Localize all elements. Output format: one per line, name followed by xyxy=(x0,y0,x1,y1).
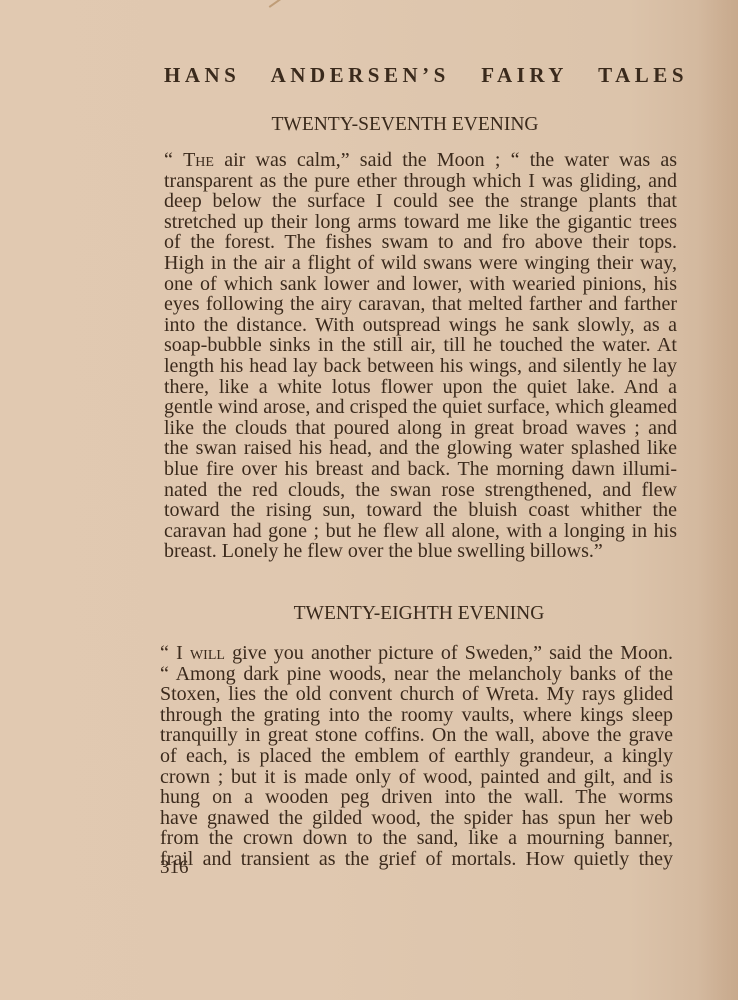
text-line: have gnawed the gilded wood, the spider … xyxy=(160,808,673,829)
text-line: eyes following the airy caravan, that me… xyxy=(164,294,677,315)
section-title-28: TWENTY-EIGHTH EVENING xyxy=(50,601,738,627)
paragraph-twenty-seventh-evening: “ The air was calm,” said the Moon ; “ t… xyxy=(164,150,677,562)
pencil-mark xyxy=(269,0,282,8)
opening-quote: “ I xyxy=(160,642,190,664)
text-line: breast. Lonely he flew over the blue swe… xyxy=(164,541,677,562)
text-line: frail and transient as the grief of mort… xyxy=(160,849,673,870)
book-page: HANS ANDERSEN’S FAIRY TALES TWENTY-SEVEN… xyxy=(0,0,738,1000)
text-line: “ Among dark pine woods, near the melanc… xyxy=(160,664,673,685)
text-line: blue fire over his breast and back. The … xyxy=(164,459,677,480)
text-line: deep below the surface I could see the s… xyxy=(164,191,677,212)
text-line: one of which sank lower and lower, with … xyxy=(164,274,677,295)
text-line: stretched up their long arms toward me l… xyxy=(164,212,677,233)
text-line: the swan raised his head, and the glowin… xyxy=(164,438,677,459)
gutter-shadow xyxy=(698,0,738,1000)
text-line: hung on a wooden peg driven into the wal… xyxy=(160,787,673,808)
text-line: like the clouds that poured along in gre… xyxy=(164,418,677,439)
text-line: High in the air a flight of wild swans w… xyxy=(164,253,677,274)
text-line: toward the rising sun, toward the bluish… xyxy=(164,500,677,521)
line-text: air was calm,” said the Moon ; “ the wat… xyxy=(214,149,677,171)
text-line: through the grating into the roomy vault… xyxy=(160,705,673,726)
section-title-27: TWENTY-SEVENTH EVENING xyxy=(36,112,738,138)
text-line: gentle wind arose, and crisped the quiet… xyxy=(164,397,677,418)
running-head: HANS ANDERSEN’S FAIRY TALES xyxy=(164,60,688,90)
text-line: crown ; but it is made only of wood, pai… xyxy=(160,767,673,788)
small-caps-word: The xyxy=(183,149,214,171)
text-line: there, like a white lotus flower upon th… xyxy=(164,377,677,398)
small-caps-word: will xyxy=(190,642,225,664)
text-line: nated the red clouds, the swan rose stre… xyxy=(164,480,677,501)
text-line: soap-bubble sinks in the still air, till… xyxy=(164,335,677,356)
text-line: into the distance. With outspread wings … xyxy=(164,315,677,336)
text-line: caravan had gone ; but he flew all alone… xyxy=(164,521,677,542)
paragraph-twenty-eighth-evening: “ I will give you another picture of Swe… xyxy=(160,643,673,870)
text-line: of each, is placed the emblem of earthly… xyxy=(160,746,673,767)
text-line: tranquilly in great stone coffins. On th… xyxy=(160,725,673,746)
text-line: transparent as the pure ether through wh… xyxy=(164,171,677,192)
line-text: give you another picture of Sweden,” sai… xyxy=(225,642,673,664)
text-line: “ I will give you another picture of Swe… xyxy=(160,643,673,664)
text-line: Stoxen, lies the old convent church of W… xyxy=(160,684,673,705)
text-line: from the crown down to the sand, like a … xyxy=(160,828,673,849)
page-number: 316 xyxy=(160,857,189,879)
text-line: “ The air was calm,” said the Moon ; “ t… xyxy=(164,150,677,171)
opening-quote: “ xyxy=(164,149,183,171)
text-line: of the forest. The fishes swam to and fr… xyxy=(164,232,677,253)
text-line: length his head lay back between his win… xyxy=(164,356,677,377)
